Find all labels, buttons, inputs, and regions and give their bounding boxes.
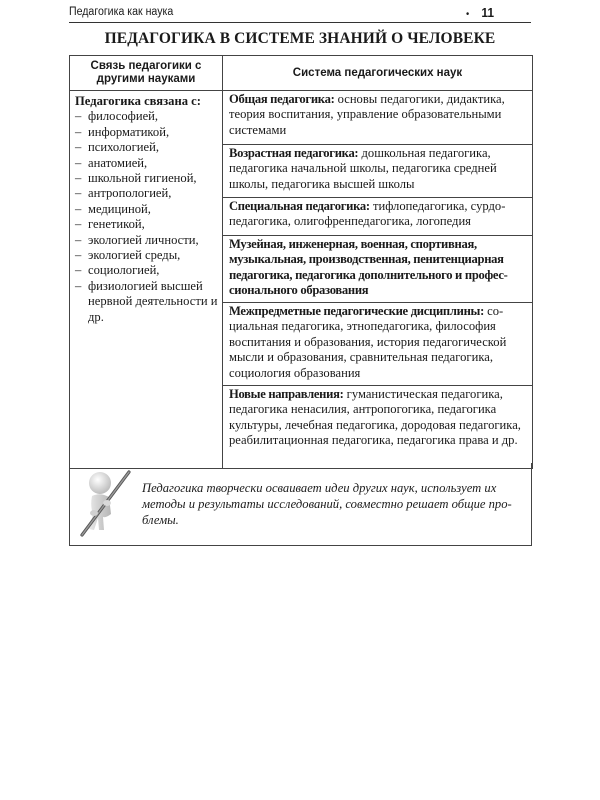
related-science-item: –медициной, <box>75 202 218 217</box>
page-number-block: • 11 <box>466 5 494 20</box>
related-sciences-list: –философией,–информатикой,–психологией,–… <box>75 109 218 325</box>
section-title: Педагогика как наука <box>69 6 173 18</box>
related-science-label: медициной, <box>88 202 151 216</box>
table-header-row: Связь педагогики с другими науками Систе… <box>70 56 533 91</box>
note-text: Педагогика творчески осваивает идеи друг… <box>142 480 521 528</box>
related-science-label: антропологией, <box>88 186 171 200</box>
dash-marker: – <box>75 217 88 232</box>
related-science-item: –физиологией высшей нервной деятельности… <box>75 279 218 325</box>
related-science-label: анатомией, <box>88 156 147 170</box>
related-science-item: –генетикой, <box>75 217 218 232</box>
related-science-label: физиологией высшей нервной деятельности … <box>88 279 217 324</box>
dash-marker: – <box>75 263 88 278</box>
system-term: Новые направления: <box>229 387 344 401</box>
dash-marker: – <box>75 109 88 124</box>
system-term: Специальная педагогика: <box>229 199 370 213</box>
column-header-relations: Связь педагогики с другими науками <box>70 56 223 91</box>
related-science-label: экологией личности, <box>88 233 199 247</box>
dash-marker: – <box>75 248 88 263</box>
table-row: Педагогика связана с: –философией,–инфор… <box>70 91 533 145</box>
pedagogy-table: Связь педагогики с другими науками Систе… <box>69 55 533 469</box>
running-head: Педагогика как наука • 11 <box>69 3 494 21</box>
system-cell: Новые направления: гуманистическая педаг… <box>223 386 533 469</box>
page-number: 11 <box>481 5 494 20</box>
related-science-item: –антропологией, <box>75 186 218 201</box>
system-cell: Возрастная педагогика: дошкольная педаго… <box>223 145 533 198</box>
system-term: Общая педагогика: <box>229 92 334 106</box>
dash-marker: – <box>75 202 88 217</box>
related-science-item: –информатикой, <box>75 125 218 140</box>
system-cell: Специальная педагогика: тифлопедагогика,… <box>223 198 533 236</box>
system-cell: Общая педагогика: основы педагогики, дид… <box>223 91 533 145</box>
related-science-item: –экологией личности, <box>75 233 218 248</box>
dash-marker: – <box>75 125 88 140</box>
related-science-label: психологией, <box>88 140 159 154</box>
dash-marker: – <box>75 233 88 248</box>
system-term: Возрастная педагогика: <box>229 146 358 160</box>
related-science-label: экологией среды, <box>88 248 180 262</box>
note-box: Педагогика творчески осваивает идеи друг… <box>69 463 532 546</box>
related-science-item: –школьной гигиеной, <box>75 171 218 186</box>
related-science-label: генетикой, <box>88 217 145 231</box>
person-with-pen-icon <box>76 468 134 540</box>
related-sciences-lead: Педагогика связана с: <box>75 94 218 109</box>
related-science-label: информатикой, <box>88 125 169 139</box>
system-cell: Музейная, инженерная, военная, спортивна… <box>223 236 533 303</box>
system-term: Межпредметные педагогические дисциплины: <box>229 304 484 318</box>
header-rule <box>69 22 531 23</box>
system-term: Музейная, инженерная, военная, спортивна… <box>229 237 508 297</box>
system-cell: Межпредметные педагогические дисциплины:… <box>223 303 533 386</box>
column-header-system: Система педагогических наук <box>223 56 533 91</box>
related-science-item: –психологией, <box>75 140 218 155</box>
dash-marker: – <box>75 156 88 171</box>
dash-marker: – <box>75 171 88 186</box>
related-sciences-cell: Педагогика связана с: –философией,–инфор… <box>70 91 223 469</box>
bullet-separator: • <box>466 9 469 20</box>
page-title: ПЕДАГОГИКА В СИСТЕМЕ ЗНАНИЙ О ЧЕЛОВЕКЕ <box>69 30 531 48</box>
dash-marker: – <box>75 279 88 294</box>
related-science-label: философией, <box>88 109 158 123</box>
related-science-label: социологией, <box>88 263 159 277</box>
related-science-item: –философией, <box>75 109 218 124</box>
dash-marker: – <box>75 186 88 201</box>
related-science-item: –социологией, <box>75 263 218 278</box>
related-science-label: школьной гигиеной, <box>88 171 197 185</box>
related-science-item: –экологией среды, <box>75 248 218 263</box>
dash-marker: – <box>75 140 88 155</box>
related-science-item: –анатомией, <box>75 156 218 171</box>
